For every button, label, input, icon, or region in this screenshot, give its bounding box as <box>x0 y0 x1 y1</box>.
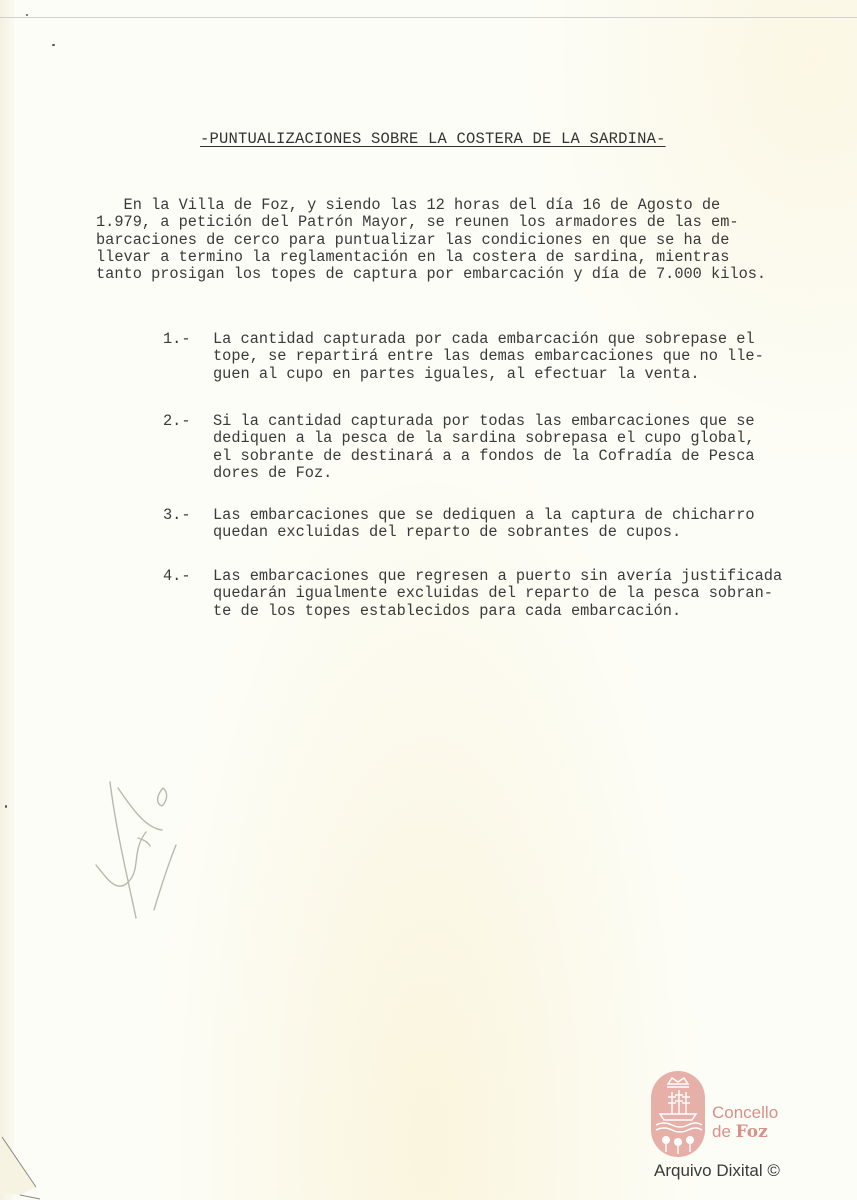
item-line: Si la cantidad capturada por todas las e… <box>213 413 853 430</box>
paper-speck <box>5 805 7 808</box>
item-line: dediquen a la pesca de la sardina sobrep… <box>213 430 853 447</box>
item-line: el sobrante de destinará a a fondos de l… <box>213 448 853 465</box>
item-line: dores de Foz. <box>213 465 853 482</box>
paper-top-edge <box>0 17 857 18</box>
item-line: quedan excluidas del reparto de sobrante… <box>213 524 853 541</box>
item-body: La cantidad capturada por cada embarcaci… <box>213 331 853 383</box>
paper-speck <box>26 14 28 16</box>
ship-crest-icon <box>650 1070 706 1160</box>
org-name-strong: Foz <box>736 1122 768 1142</box>
paper-corner-fold <box>0 1125 45 1200</box>
document-title: -PUNTUALIZACIONES SOBRE LA COSTERA DE LA… <box>200 130 666 148</box>
item-number: 3.- <box>163 507 191 524</box>
item-line: quedarán igualmente excluidas del repart… <box>213 585 853 602</box>
item-body: Las embarcaciones que se dediquen a la c… <box>213 507 853 542</box>
item-number: 1.- <box>163 331 191 348</box>
intro-line: En la Villa de Foz, y siendo las 12 hora… <box>96 197 856 214</box>
item-line: Las embarcaciones que regresen a puerto … <box>213 568 853 585</box>
archive-label: Arquivo Dixital © <box>654 1161 780 1181</box>
item-body: Las embarcaciones que regresen a puerto … <box>213 568 853 620</box>
item-number: 4.- <box>163 568 191 585</box>
intro-paragraph: En la Villa de Foz, y siendo las 12 hora… <box>96 197 856 283</box>
item-line: Las embarcaciones que se dediquen a la c… <box>213 507 853 524</box>
intro-line: 1.979, a petición del Patrón Mayor, se r… <box>96 214 856 231</box>
intro-line: barcaciones de cerco para puntualizar la… <box>96 232 856 249</box>
org-name-line2: de Foz <box>712 1122 778 1142</box>
item-line: tope, se repartirá entre las demas embar… <box>213 348 853 365</box>
handwritten-signature-icon <box>88 770 198 920</box>
org-name-line1: Concello <box>712 1103 778 1122</box>
intro-line: llevar a termino la reglamentación en la… <box>96 249 856 266</box>
org-name-prefix: de <box>712 1122 736 1141</box>
item-number: 2.- <box>163 413 191 430</box>
item-line: guen al cupo en partes iguales, al efect… <box>213 366 853 383</box>
item-body: Si la cantidad capturada por todas las e… <box>213 413 853 482</box>
paper-left-edge <box>0 0 14 1200</box>
item-line: te de los topes establecidos para cada e… <box>213 603 853 620</box>
paper-speck <box>52 44 55 46</box>
intro-line: tanto prosigan los topes de captura por … <box>96 266 856 283</box>
org-name: Concello de Foz <box>712 1103 778 1142</box>
item-line: La cantidad capturada por cada embarcaci… <box>213 331 853 348</box>
